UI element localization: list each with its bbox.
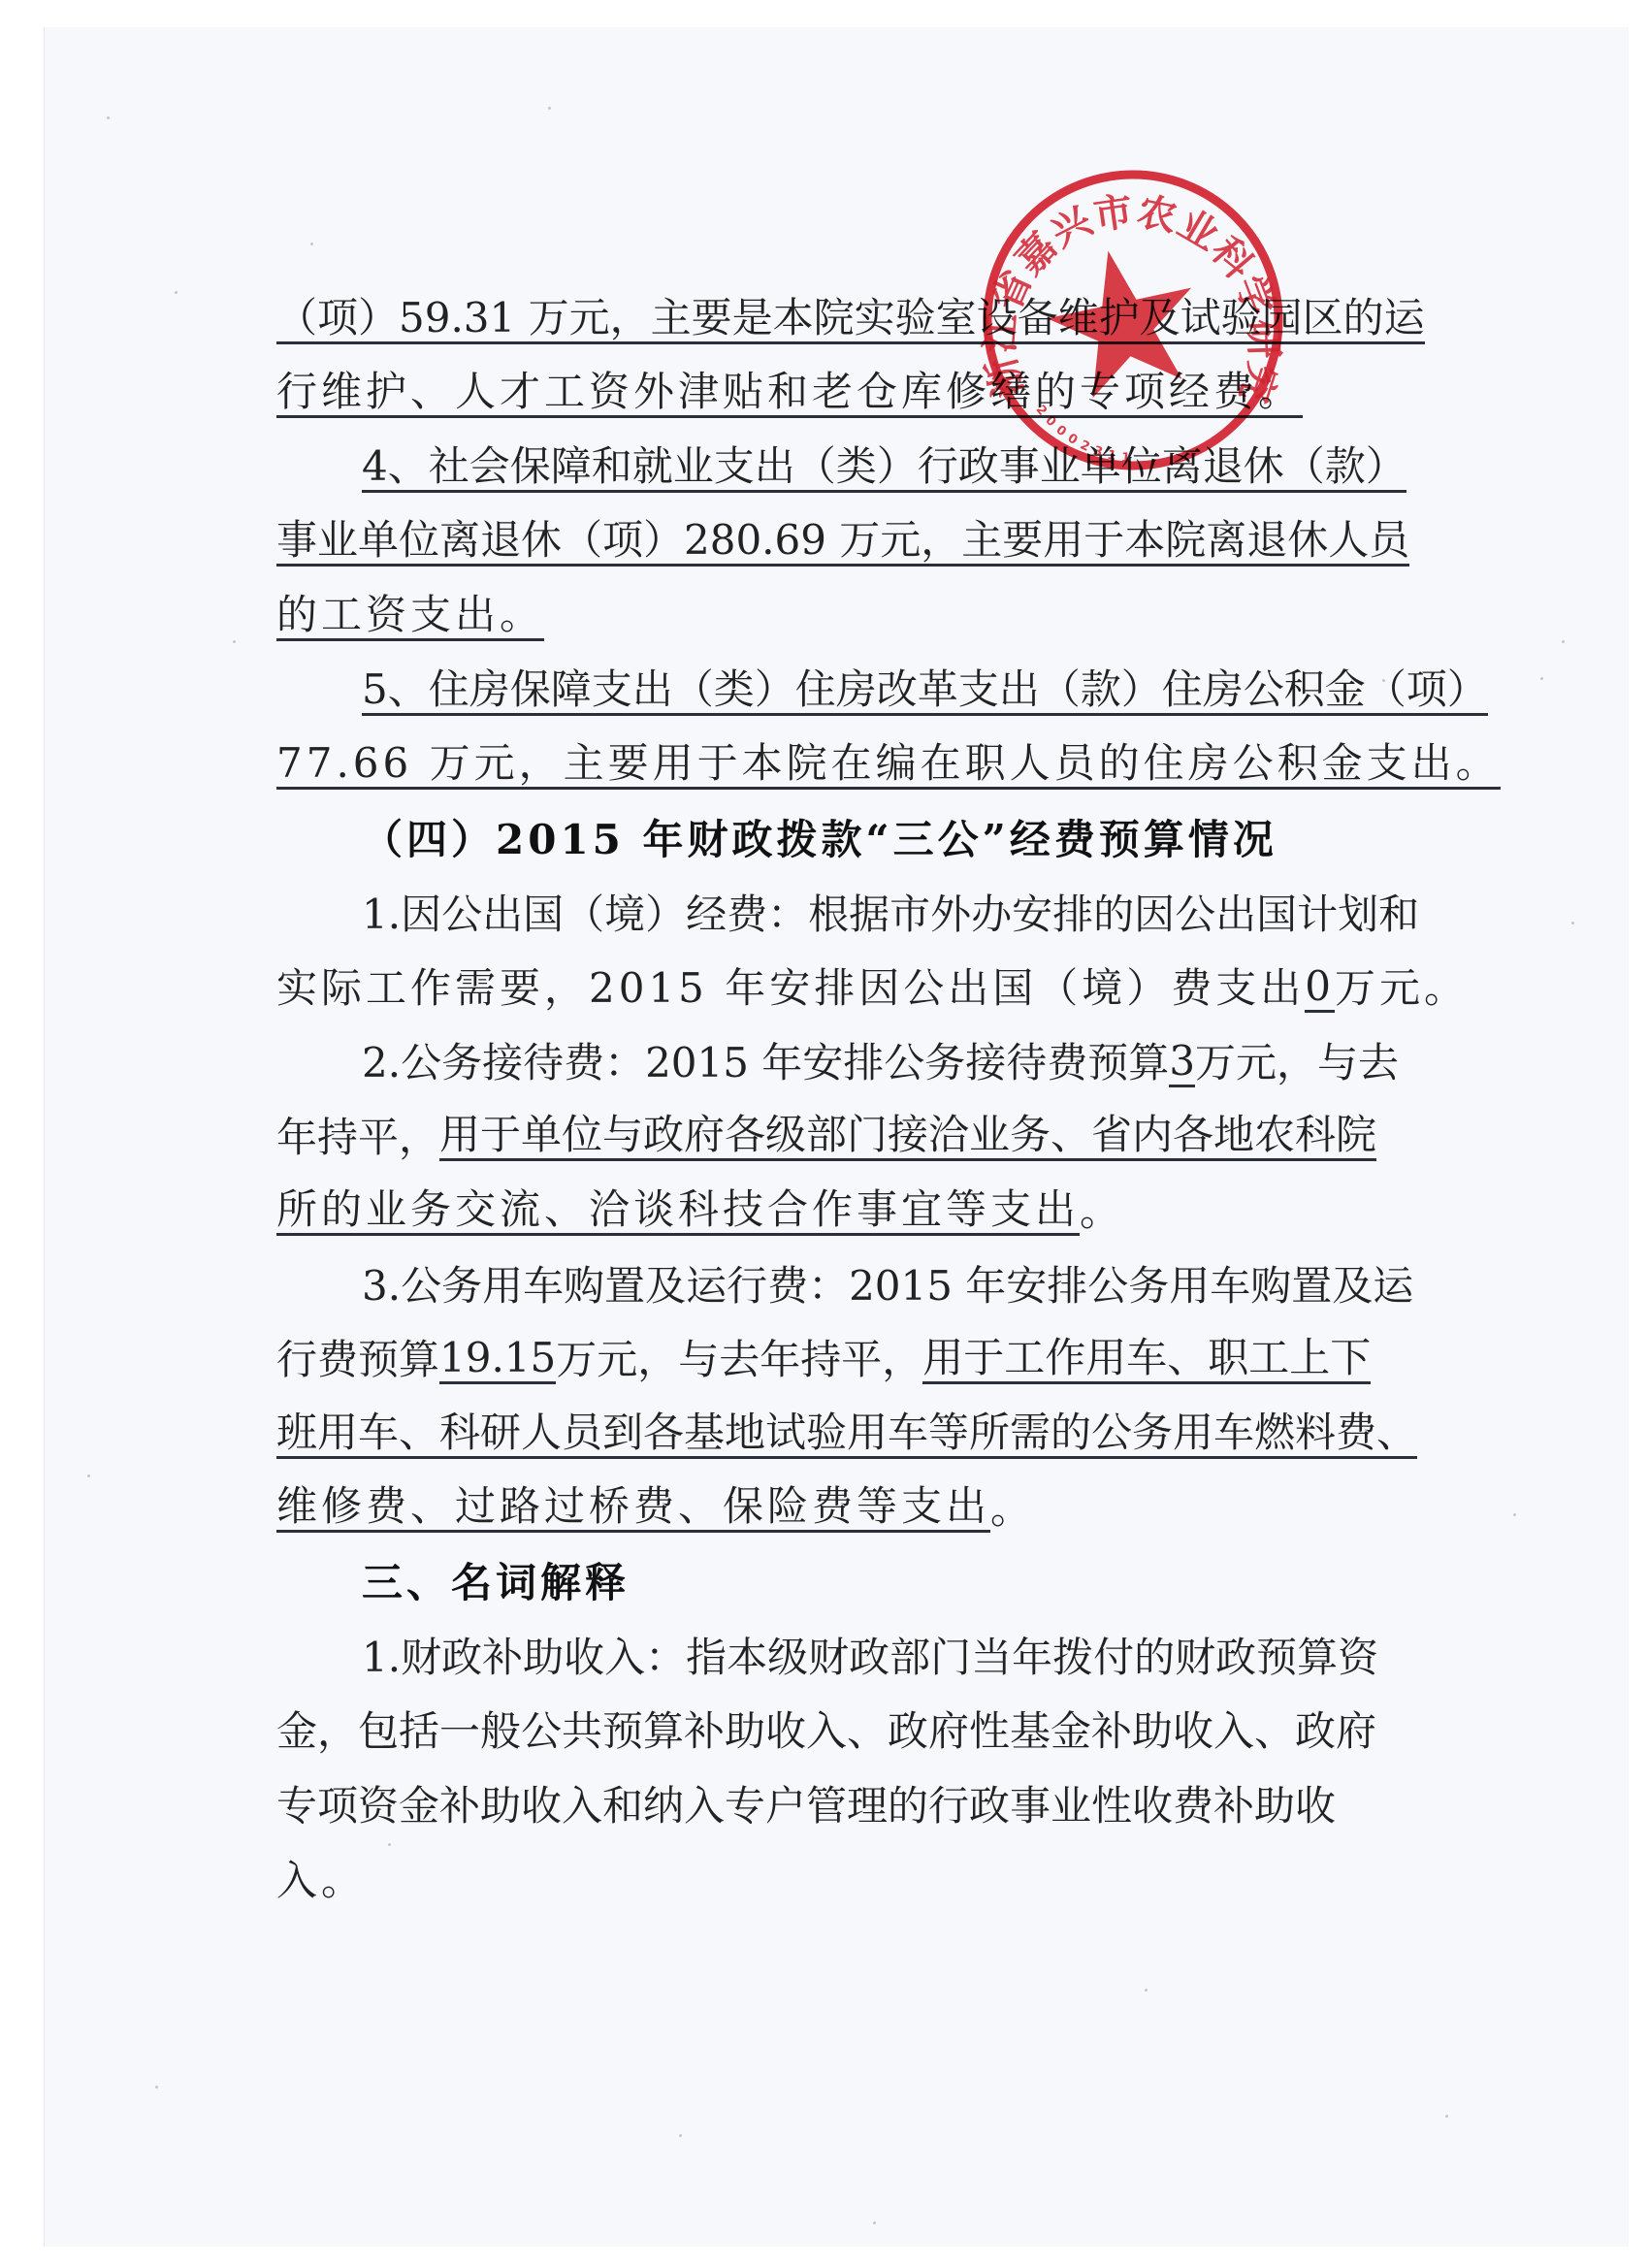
- underlined-text: （项）59.31 万元，主要是本院实验室设备维护及试验园区的运: [276, 297, 1425, 344]
- text-line: 专项资金补助收入和纳入专户管理的行政事业性收费补助收: [276, 1769, 1452, 1843]
- text-segment: 金，包括一般公共预算补助收入、政府性基金补助收入、政府: [276, 1695, 1376, 1768]
- scan-speck: [1145, 1989, 1148, 1992]
- text-segment: 。: [990, 1473, 1035, 1546]
- underlined-text: 5、住房保障支出（类）住房改革支出（款）住房公积金（项）: [362, 668, 1488, 716]
- underlined-text: 事业单位离退休（项）280.69 万元，主要用于本院离退休人员: [276, 519, 1409, 567]
- scan-speck: [679, 2134, 682, 2137]
- underlined-text: 3: [1169, 1040, 1195, 1087]
- text-line: 1.因公出国（境）经费：根据市外办安排的因公出国计划和: [362, 878, 1452, 952]
- text-line: 所的业务交流、洽谈科技合作事宜等支出。: [276, 1175, 1452, 1248]
- text-segment: 万元，与去: [1195, 1026, 1399, 1100]
- underlined-text: 用于工作用车、职工上下: [922, 1337, 1371, 1384]
- underlined-text: 维修费、过路过桥费、保险费等支出: [276, 1485, 990, 1533]
- scan-speck: [1513, 1513, 1516, 1516]
- scan-speck: [548, 107, 551, 110]
- text-segment: 万元。: [1335, 952, 1469, 1025]
- scan-speck: [107, 116, 110, 119]
- scan-speck: [873, 2221, 876, 2224]
- scan-speck: [1571, 922, 1574, 924]
- scan-speck: [175, 291, 178, 294]
- scan-speck: [155, 2086, 158, 2089]
- text-line: 的工资支出。: [276, 580, 1452, 654]
- text-line: 3.公务用车购置及运行费：2015 年安排公务用车购置及运: [362, 1249, 1452, 1323]
- text-line: 5、住房保障支出（类）住房改革支出（款）住房公积金（项）: [362, 655, 1452, 729]
- text-line: 维修费、过路过桥费、保险费等支出。: [276, 1473, 1452, 1546]
- text-segment: 万元，与去年持平，: [556, 1323, 922, 1397]
- text-segment: 1.因公出国（境）经费：根据市外办安排的因公出国计划和: [362, 878, 1419, 952]
- text-line: 入。: [276, 1844, 1452, 1918]
- underlined-text: 77.66 万元，主要用于本院在编在职人员的住房公积金支出。: [276, 742, 1501, 790]
- text-line: 4、社会保障和就业支出（类）行政事业单位离退休（款）: [362, 432, 1452, 505]
- text-line: 2.公务接待费：2015 年安排公务接待费预算 3 万元，与去: [362, 1026, 1452, 1100]
- scan-speck: [1562, 640, 1565, 643]
- underlined-text: 所的业务交流、洽谈科技合作事宜等支出: [276, 1188, 1080, 1236]
- text-segment: 专项资金补助收入和纳入专户管理的行政事业性收费补助收: [276, 1769, 1336, 1843]
- underlined-text: 19.15: [439, 1337, 556, 1384]
- section-heading: （四）2015 年财政拨款“三公”经费预算情况: [362, 803, 1452, 877]
- scan-speck: [87, 1474, 90, 1477]
- text-line: 行费预算 19.15 万元，与去年持平，用于工作用车、职工上下: [276, 1323, 1452, 1397]
- text-line: 年持平，用于单位与政府各级部门接洽业务、省内各地农科院: [276, 1101, 1452, 1175]
- scan-speck: [233, 640, 236, 643]
- underlined-text: 行维护、人才工资外津贴和老仓库修缮的专项经费。: [276, 371, 1303, 418]
- underlined-text: 0: [1305, 965, 1335, 1013]
- text-segment: 入。: [276, 1844, 366, 1918]
- text-segment: 1.财政补助收入：指本级财政部门当年拨付的财政预算资: [362, 1621, 1378, 1695]
- text-segment: 。: [1080, 1175, 1124, 1248]
- underlined-text: 4、社会保障和就业支出（类）行政事业单位离退休（款）: [362, 445, 1406, 493]
- text-segment: 2.公务接待费：2015 年安排公务接待费预算: [362, 1026, 1169, 1100]
- text-segment: 行费预算: [276, 1323, 439, 1397]
- text-line: （项）59.31 万元，主要是本院实验室设备维护及试验园区的运: [276, 283, 1452, 357]
- scan-speck: [1445, 2115, 1448, 2118]
- text-line: 金，包括一般公共预算补助收入、政府性基金补助收入、政府: [276, 1695, 1452, 1768]
- text-segment: 实际工作需要，2015 年安排因公出国（境）费支出: [276, 952, 1305, 1025]
- section-heading: 三、名词解释: [362, 1546, 1452, 1620]
- text-line: 行维护、人才工资外津贴和老仓库修缮的专项经费。: [276, 358, 1452, 432]
- text-line: 77.66 万元，主要用于本院在编在职人员的住房公积金支出。: [276, 729, 1452, 803]
- text-line: 班用车、科研人员到各基地试验用车等所需的公务用车燃料费、: [276, 1398, 1452, 1472]
- underlined-text: 的工资支出。: [276, 594, 544, 641]
- underlined-text: 班用车、科研人员到各基地试验用车等所需的公务用车燃料费、: [276, 1411, 1417, 1459]
- text-segment: 三、名词解释: [362, 1546, 630, 1620]
- scan-speck: [1540, 677, 1543, 680]
- underlined-text: 用于单位与政府各级部门接洽业务、省内各地农科院: [439, 1114, 1376, 1161]
- text-segment: 3.公务用车购置及运行费：2015 年安排公务用车购置及运: [362, 1249, 1413, 1323]
- text-line: 实际工作需要，2015 年安排因公出国（境）费支出 0 万元。: [276, 952, 1452, 1025]
- scan-speck: [310, 243, 313, 245]
- text-line: 1.财政补助收入：指本级财政部门当年拨付的财政预算资: [362, 1621, 1452, 1695]
- text-line: 事业单位离退休（项）280.69 万元，主要用于本院离退休人员: [276, 506, 1452, 580]
- text-segment: （四）2015 年财政拨款“三公”经费预算情况: [362, 803, 1277, 877]
- text-segment: 年持平，: [276, 1101, 439, 1175]
